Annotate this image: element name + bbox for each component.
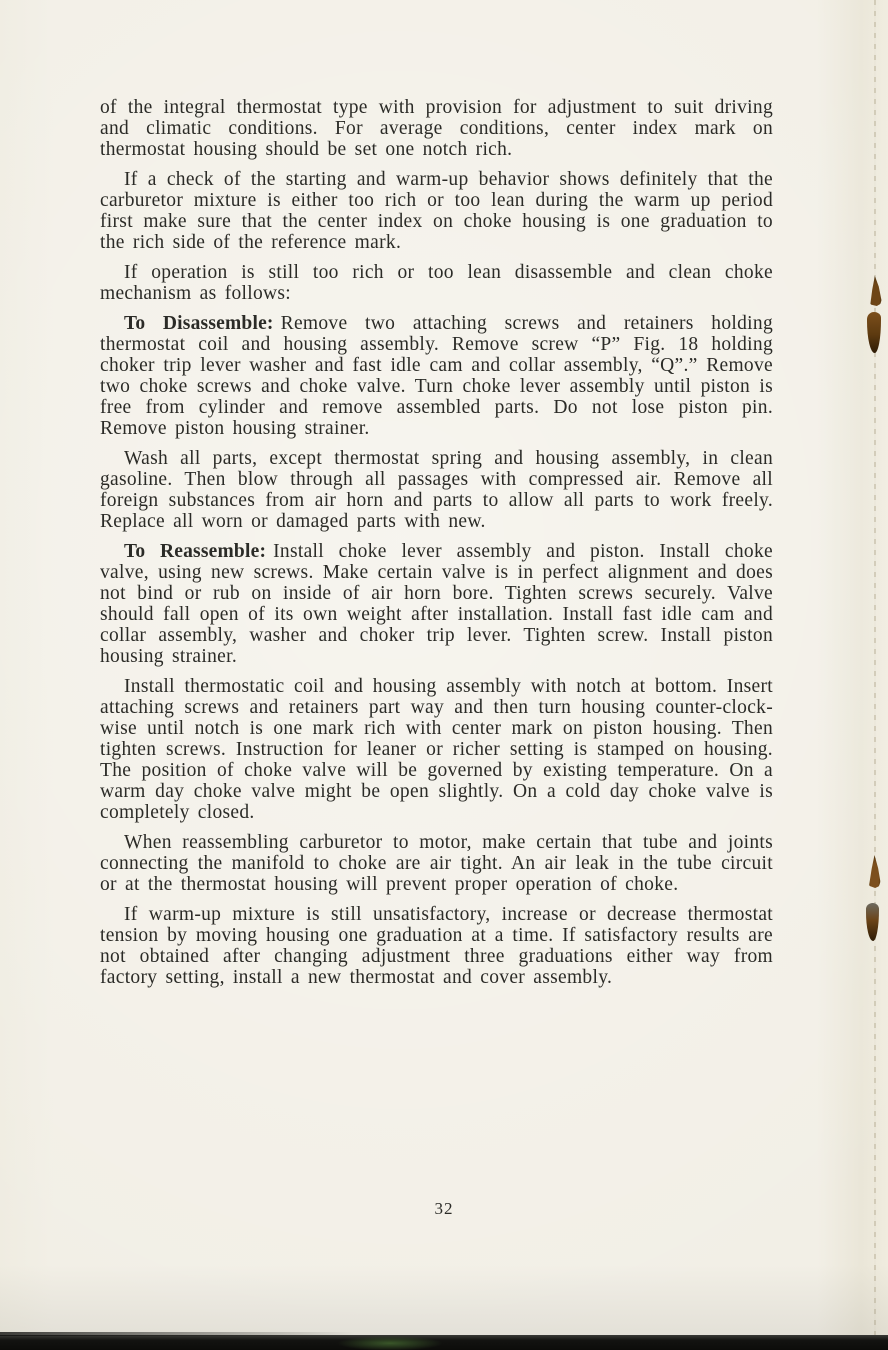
paragraph-lead: To Reassemble:: [124, 541, 266, 562]
paragraph: When reassembling carburetor to motor, m…: [100, 832, 773, 895]
paragraph: of the integral thermostat type with pro…: [100, 97, 773, 160]
paragraph: If operation is still too rich or too le…: [100, 262, 773, 304]
paragraph-text: When reassembling carburetor to motor, m…: [100, 832, 773, 895]
paragraph: Wash all parts, except thermostat spring…: [100, 448, 773, 532]
scan-edge-bottom: [0, 1335, 888, 1350]
page-edge-crease: [874, 0, 876, 1336]
page-number: 32: [0, 1199, 888, 1219]
paragraph-text: Wash all parts, except thermostat spring…: [100, 448, 773, 532]
paragraph: If warm-up mixture is still unsatisfacto…: [100, 904, 773, 988]
manual-page: of the integral thermostat type with pro…: [0, 0, 888, 1350]
paragraph-text: If operation is still too rich or too le…: [100, 262, 773, 304]
paragraph-text: Install thermostatic coil and housing as…: [100, 676, 773, 823]
paragraph: If a check of the starting and warm-up b…: [100, 169, 773, 253]
paragraph-text: If warm-up mixture is still unsatisfacto…: [100, 904, 773, 988]
paragraph-disassemble: To Disassemble:Remove two attaching scre…: [100, 313, 773, 439]
paragraph: Install thermostatic coil and housing as…: [100, 676, 773, 823]
binding-mark: [866, 903, 879, 941]
paragraph-reassemble: To Reassemble:Install choke lever assemb…: [100, 541, 773, 667]
paragraph-lead: To Disassemble:: [124, 313, 274, 334]
paragraph-text: of the integral thermostat type with pro…: [100, 97, 773, 160]
text-block: of the integral thermostat type with pro…: [100, 97, 773, 997]
paragraph-text: If a check of the starting and warm-up b…: [100, 169, 773, 253]
